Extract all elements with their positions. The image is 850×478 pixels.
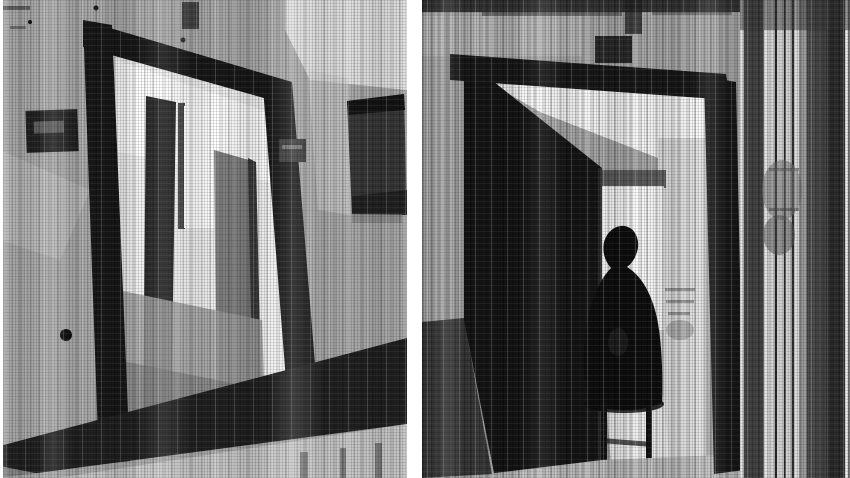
floor-hatch-2 (340, 448, 346, 478)
glass-mark-2 (666, 300, 694, 303)
paper-edge (0, 0, 3, 478)
left-panel-corridor-doorway (0, 0, 407, 478)
artwork-canvas (0, 0, 850, 478)
floor-hatch-3 (375, 443, 382, 478)
top-left-smudge (0, 6, 30, 10)
glass-mark-3 (668, 312, 690, 315)
floor-hatch-1 (300, 452, 308, 478)
top-smudge-3 (652, 12, 732, 15)
right-panel-open-door-figure (422, 0, 850, 478)
sign-above-door (595, 36, 632, 63)
speck-3 (94, 6, 99, 11)
glass-mark-1 (665, 288, 695, 291)
chair-leg-left (601, 402, 607, 462)
panel-divider (407, 0, 422, 478)
top-left-smudge-2 (10, 26, 26, 29)
top-smudge-2 (482, 12, 622, 16)
inner-doorframe-edge (178, 103, 185, 229)
chair-leg-right (646, 406, 652, 462)
figure-arm (608, 328, 628, 356)
block-above-door (182, 2, 199, 29)
right-panel-scene (422, 0, 850, 478)
small-sign (279, 139, 306, 162)
glass-smudge (666, 320, 694, 340)
ink-dot (60, 329, 72, 341)
board-shadow (352, 214, 402, 223)
left-panel-scene (0, 0, 407, 478)
speck-2 (28, 20, 32, 24)
wall-plaque (25, 109, 78, 153)
small-sign-line (282, 145, 302, 149)
scanner-streak-bands (740, 0, 850, 478)
speck-1 (181, 38, 186, 43)
